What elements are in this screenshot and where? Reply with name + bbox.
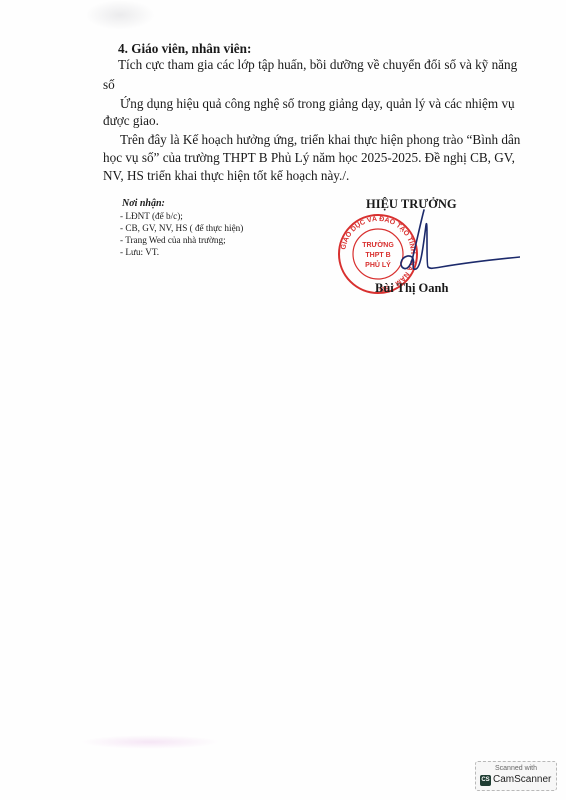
handwritten-signature-icon [380,205,520,290]
recipient-item: - LĐNT (để b/c); [120,210,183,222]
conclusion-line: NV, HS triển khai thực hiện tốt kế hoạch… [103,168,349,184]
conclusion-line: Trên đây là Kế hoạch hưởng ứng, triển kh… [120,132,520,148]
paragraph-line: Tích cực tham gia các lớp tập huấn, bồi … [118,57,517,73]
camscanner-watermark: Scanned with CS CamScanner [475,761,557,791]
camscanner-logo-icon: CS [480,775,491,786]
watermark-caption: Scanned with [476,765,556,772]
signer-name: Bùi Thị Oanh [375,281,448,296]
conclusion-line: học vụ số” của trường THPT B Phủ Lý năm … [103,150,515,166]
paragraph-line: được giao. [103,113,159,129]
document-page: 4. Giáo viên, nhân viên: Tích cực tham g… [0,0,566,800]
paragraph-line: số [103,77,115,93]
scan-smudge [85,0,155,30]
recipient-item: - Trang Wed của nhà trường; [120,234,226,246]
recipients-title: Nơi nhận: [122,198,165,209]
scan-smudge [80,735,220,749]
recipient-item: - Lưu: VT. [120,246,159,258]
section-heading: 4. Giáo viên, nhân viên: [118,41,251,57]
recipient-item: - CB, GV, NV, HS ( để thực hiện) [120,222,243,234]
paragraph-line: Ứng dụng hiệu quả công nghệ số trong giả… [120,96,515,112]
watermark-brand: CamScanner [493,774,551,785]
